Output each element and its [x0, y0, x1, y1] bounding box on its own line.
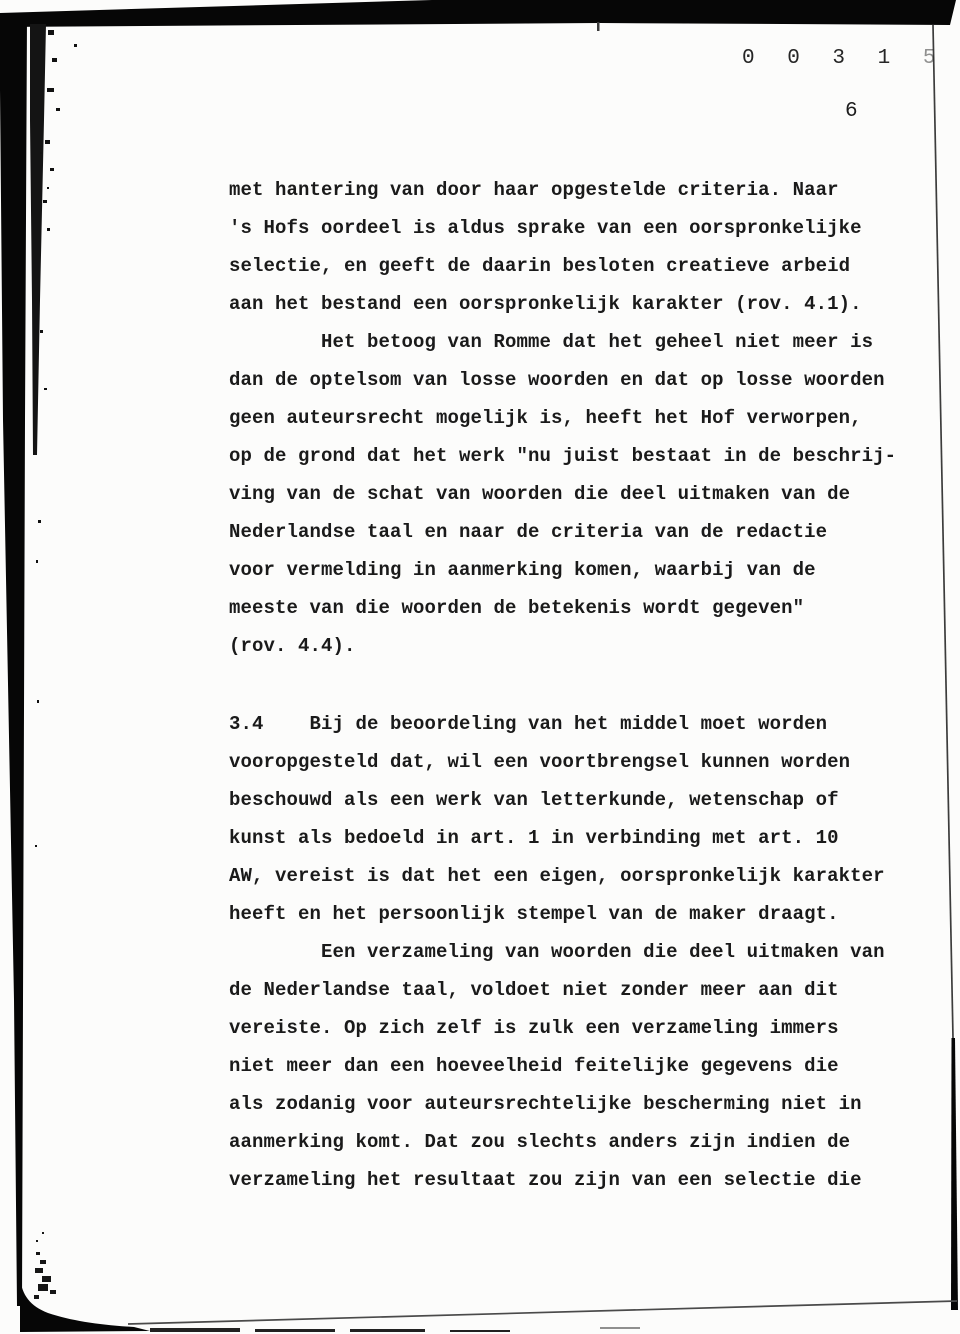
paragraph-1: met hantering van door haar opgestelde c…: [229, 171, 919, 665]
page-edge-right-line: [933, 25, 953, 1038]
text-line: verzameling het resultaat zou zijn van e…: [229, 1161, 919, 1199]
stamp-digits: 0 0 3 1: [742, 47, 923, 70]
text-line: Nederlandse taal en naar de criteria van…: [229, 513, 919, 551]
text-line: voor vermelding in aanmerking komen, waa…: [229, 551, 919, 589]
page-edge-bottom-line: [128, 1301, 957, 1324]
paragraph-2: 3.4 Bij de beoordeling van het middel mo…: [229, 705, 919, 1199]
scan-band-top: [0, 0, 956, 27]
text-line: selectie, en geeft de daarin besloten cr…: [229, 247, 919, 285]
scan-band-tick: [597, 22, 600, 31]
bottom-edge-dashes: [150, 1327, 640, 1332]
text-line: de Nederlandse taal, voldoet niet zonder…: [229, 971, 919, 1009]
text-line: aan het bestand een oorspronkelijk karak…: [229, 285, 919, 323]
document-stamp: 0 0 3 1 5: [742, 47, 945, 70]
text-line: beschouwd als een werk van letterkunde, …: [229, 781, 919, 819]
text-line: als zodanig voor auteursrechtelijke besc…: [229, 1085, 919, 1123]
text-line: heeft en het persoonlijk stempel van de …: [229, 895, 919, 933]
text-line: Het betoog van Romme dat het geheel niet…: [229, 323, 919, 361]
text-line: vereiste. Op zich zelf is zulk een verza…: [229, 1009, 919, 1047]
text-line: kunst als bedoeld in art. 1 in verbindin…: [229, 819, 919, 857]
text-line: aanmerking komt. Dat zou slechts anders …: [229, 1123, 919, 1161]
text-line: 3.4 Bij de beoordeling van het middel mo…: [229, 705, 919, 743]
text-line: meeste van die woorden de betekenis word…: [229, 589, 919, 627]
scan-speckle-strip: [30, 24, 46, 455]
scan-speckles: [35, 30, 77, 847]
page-number: 6: [845, 100, 858, 123]
ink-blob-speckles: [34, 1232, 56, 1299]
text-line: vooropgesteld dat, wil een voortbrengsel…: [229, 743, 919, 781]
text-line: op de grond dat het werk "nu juist besta…: [229, 437, 919, 475]
page-edge-right-bar: [951, 1038, 958, 1310]
text-line: (rov. 4.4).: [229, 627, 919, 665]
text-line: dan de optelsom van losse woorden en dat…: [229, 361, 919, 399]
scan-bar-left: [0, 13, 27, 1306]
text-line: met hantering van door haar opgestelde c…: [229, 171, 919, 209]
text-line: AW, vereist is dat het een eigen, oorspr…: [229, 857, 919, 895]
text-line: niet meer dan een hoeveelheid feitelijke…: [229, 1047, 919, 1085]
ink-blob-bottom-left: [20, 1278, 150, 1332]
text-line: ving van de schat van woorden die deel u…: [229, 475, 919, 513]
stamp-faint-digit: 5: [923, 47, 946, 70]
text-line: 's Hofs oordeel is aldus sprake van een …: [229, 209, 919, 247]
text-line: Een verzameling van woorden die deel uit…: [229, 933, 919, 971]
scanned-page: 0 0 3 1 5 6 met hantering van door haar …: [0, 0, 960, 1334]
text-line: geen auteursrecht mogelijk is, heeft het…: [229, 399, 919, 437]
